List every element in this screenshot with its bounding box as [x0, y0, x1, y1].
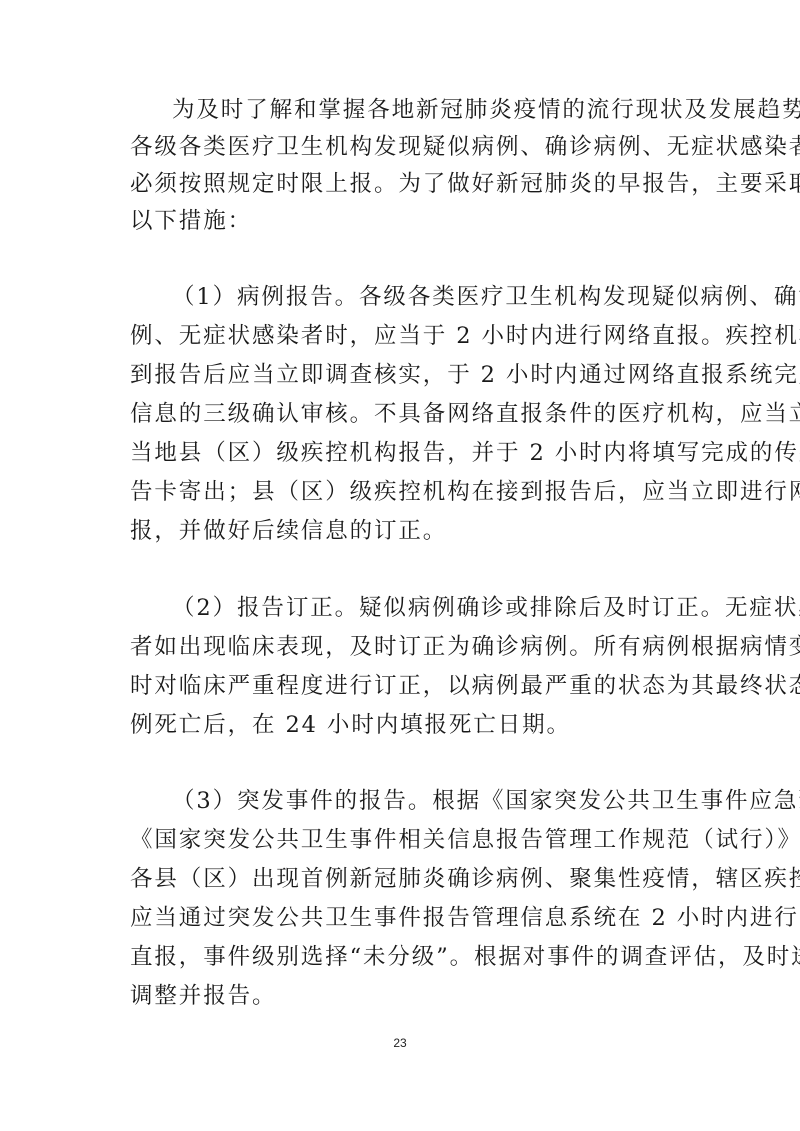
text-line: 以下措施：: [130, 207, 252, 235]
text-line: 为及时了解和掌握各地新冠肺炎疫情的流行现状及发展趋势，: [172, 96, 800, 124]
text-line: 者如出现临床表现，及时订正为确诊病例。所有病例根据病情变化及: [130, 633, 800, 661]
text-line: 各级各类医疗卫生机构发现疑似病例、确诊病例、无症状感染者时，: [130, 133, 800, 161]
text-line: 告卡寄出；县（区）级疾控机构在接到报告后，应当立即进行网络直: [130, 478, 800, 506]
text-line: 例死亡后，在 24 小时内填报死亡日期。: [130, 711, 571, 739]
text-line: 时对临床严重程度进行订正，以病例最严重的状态为其最终状态。病: [130, 672, 800, 700]
text-line: 调整并报告。: [130, 982, 276, 1010]
text-line: 直报，事件级别选择“未分级”。根据对事件的调查评估，及时进行: [130, 943, 800, 971]
text-line: 当地县（区）级疾控机构报告，并于 2 小时内将填写完成的传染病报: [130, 439, 800, 467]
text-line: 信息的三级确认审核。不具备网络直报条件的医疗机构，应当立即向: [130, 400, 800, 428]
text-line: 必须按照规定时限上报。为了做好新冠肺炎的早报告，主要采取了: [130, 170, 800, 198]
text-line: 报，并做好后续信息的订正。: [130, 517, 447, 545]
page-number: 23: [0, 1036, 800, 1050]
text-line: （3）突发事件的报告。根据《国家突发公共卫生事件应急预案》: [172, 787, 800, 815]
document-page: 为及时了解和掌握各地新冠肺炎疫情的流行现状及发展趋势， 各级各类医疗卫生机构发现…: [0, 0, 800, 1131]
text-line: （1）病例报告。各级各类医疗卫生机构发现疑似病例、确诊病: [172, 283, 800, 311]
text-line: 例、无症状感染者时，应当于 2 小时内进行网络直报。疾控机构在接: [130, 322, 800, 350]
text-line: 各县（区）出现首例新冠肺炎确诊病例、聚集性疫情，辖区疾控中心: [130, 865, 800, 893]
text-line: 《国家突发公共卫生事件相关信息报告管理工作规范（试行）》要求，: [130, 826, 800, 854]
text-line: 到报告后应当立即调查核实，于 2 小时内通过网络直报系统完成报告: [130, 361, 800, 389]
text-line: （2）报告订正。疑似病例确诊或排除后及时订正。无症状感染: [172, 594, 800, 622]
text-line: 应当通过突发公共卫生事件报告管理信息系统在 2 小时内进行网络: [130, 904, 800, 932]
